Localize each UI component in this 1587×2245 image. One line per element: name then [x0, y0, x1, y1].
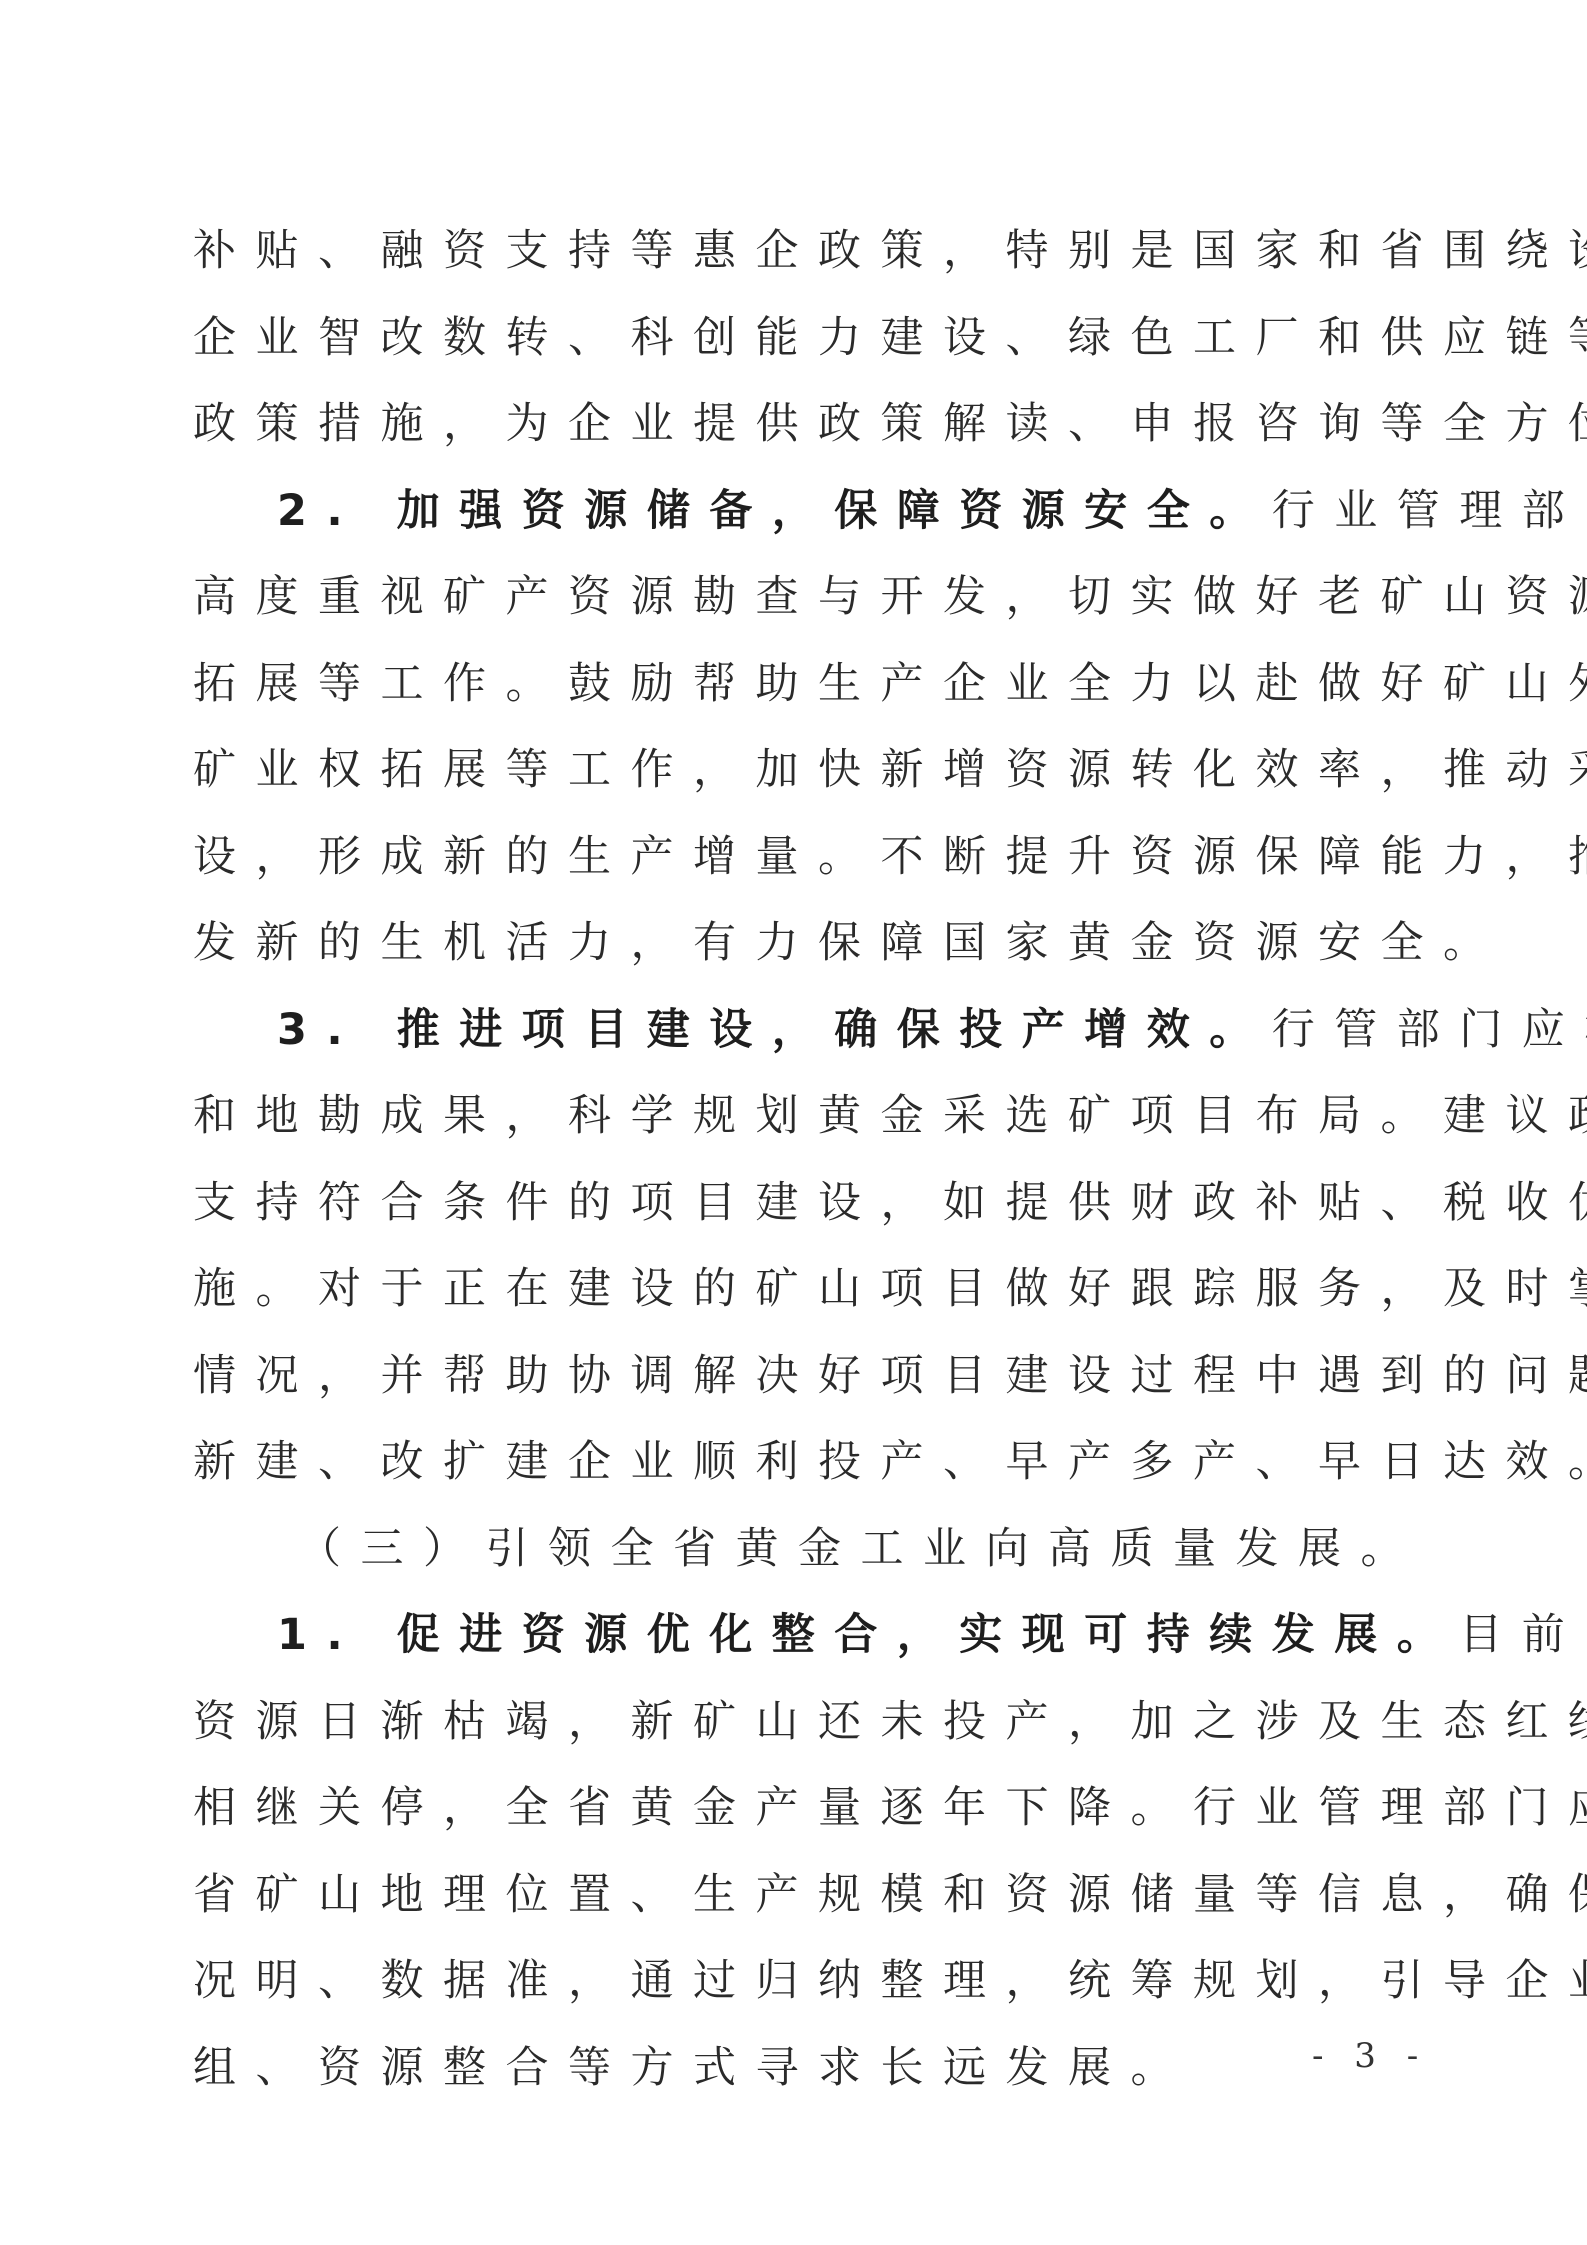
section-heading: （三）引领全省黄金工业向高质量发展。 — [193, 1506, 1405, 1593]
text-line: 省矿山地理位置、生产规模和资源储量等信息，确保对各矿山情 — [193, 1852, 1405, 1939]
text-line: 矿业权拓展等工作，加快新增资源转化效率，推动采选矿项目建 — [193, 727, 1405, 814]
text-line: 设，形成新的生产增量。不断提升资源保障能力，推动老矿山焕 — [193, 814, 1405, 901]
text-line: 施。对于正在建设的矿山项目做好跟踪服务，及时掌握项目进展 — [193, 1246, 1405, 1333]
text-line: 补贴、融资支持等惠企政策，特别是国家和省围绕设备更新改造、 — [193, 208, 1405, 295]
text-run: 行管部门应根据矿产分布 — [1272, 1005, 1587, 1055]
text-line: 拓展等工作。鼓励帮助生产企业全力以赴做好矿山外围探矿增储、 — [193, 641, 1405, 728]
section-heading-3: （三）引领全省黄金工业向高质量发展。 — [193, 1506, 1405, 1593]
text-line: 发新的生机活力，有力保障国家黄金资源安全。 — [193, 900, 1405, 987]
text-line: 高度重视矿产资源勘查与开发，切实做好老矿山资源接续和资源 — [193, 554, 1405, 641]
text-line: 政策措施，为企业提供政策解读、申报咨询等全方位服务。 — [193, 381, 1405, 468]
paragraph-resource-reserve: 2. 加强资源储备，保障资源安全。行业管理部门应督促企业 高度重视矿产资源勘查与… — [193, 468, 1405, 987]
document-page: 补贴、融资支持等惠企政策，特别是国家和省围绕设备更新改造、 企业智改数转、科创能… — [0, 0, 1587, 2245]
page-number: - 3 - — [1312, 2036, 1428, 2076]
text-line: 资源日渐枯竭，新矿山还未投产，加之涉及生态红线的矿山企业 — [193, 1679, 1405, 1766]
text-line: 2. 加强资源储备，保障资源安全。行业管理部门应督促企业 — [193, 468, 1405, 555]
text-line: 企业智改数转、科创能力建设、绿色工厂和供应链等方面的惠企 — [193, 295, 1405, 382]
text-line: 支持符合条件的项目建设，如提供财政补贴、税收优惠等激励措 — [193, 1160, 1405, 1247]
text-line: 3. 推进项目建设，确保投产增效。行管部门应根据矿产分布 — [193, 987, 1405, 1074]
text-line: 情况，并帮助协调解决好项目建设过程中遇到的问题，推动解决 — [193, 1333, 1405, 1420]
text-line: 新建、改扩建企业顺利投产、早产多产、早日达效。 — [193, 1419, 1405, 1506]
document-body: 补贴、融资支持等惠企政策，特别是国家和省围绕设备更新改造、 企业智改数转、科创能… — [193, 208, 1405, 2111]
text-line: 况明、数据准，通过归纳整理，统筹规划，引导企业通过并购重 — [193, 1938, 1405, 2025]
text-run: 目前，全省老矿山 — [1459, 1610, 1587, 1660]
text-line: 组、资源整合等方式寻求长远发展。 — [193, 2025, 1405, 2112]
text-run: 行业管理部门应督促企业 — [1272, 486, 1587, 536]
paragraph-heading: 1. 促进资源优化整合，实现可持续发展。 — [277, 1610, 1459, 1660]
paragraph-policy-services: 补贴、融资支持等惠企政策，特别是国家和省围绕设备更新改造、 企业智改数转、科创能… — [193, 208, 1405, 468]
text-line: 1. 促进资源优化整合，实现可持续发展。目前，全省老矿山 — [193, 1592, 1405, 1679]
paragraph-project-construction: 3. 推进项目建设，确保投产增效。行管部门应根据矿产分布 和地勘成果，科学规划黄… — [193, 987, 1405, 1506]
paragraph-heading: 2. 加强资源储备，保障资源安全。 — [277, 486, 1272, 536]
text-line: 相继关停，全省黄金产量逐年下降。行业管理部门应收集整理全 — [193, 1765, 1405, 1852]
paragraph-heading: 3. 推进项目建设，确保投产增效。 — [277, 1005, 1272, 1055]
paragraph-resource-integration: 1. 促进资源优化整合，实现可持续发展。目前，全省老矿山 资源日渐枯竭，新矿山还… — [193, 1592, 1405, 2111]
text-line: 和地勘成果，科学规划黄金采选矿项目布局。建议政府出台政策 — [193, 1073, 1405, 1160]
